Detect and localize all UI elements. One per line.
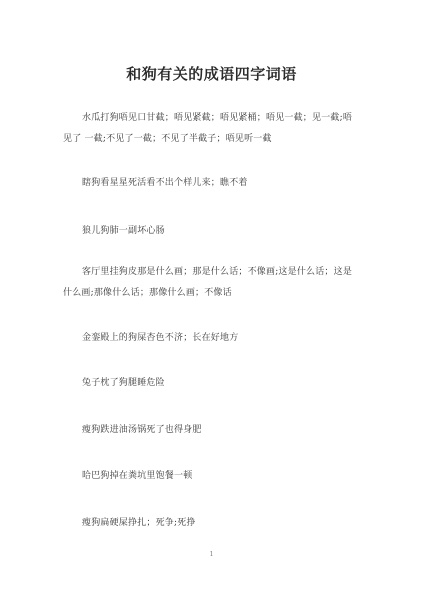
paragraph-8: 哈巴狗掉在粪坑里饱餐一顿 (63, 466, 361, 487)
document-title: 和狗有关的成语四字词语 (0, 63, 423, 84)
paragraph-9: 瘦狗扁硬屎挣扎；死争;死挣 (63, 513, 361, 534)
document-page: 和狗有关的成语四字词语 水瓜打狗唔见口甘截；唔见紧截；唔见紧桶；唔见一截；见一截… (0, 0, 423, 600)
paragraph-6: 兔子枕了狗腿睡危险 (63, 373, 361, 394)
paragraph-1: 水瓜打狗唔见口甘截；唔见紧截；唔见紧桶；唔见一截；见一截;唔见了 一截;不见了一… (63, 108, 361, 150)
paragraph-4: 客厅里挂狗皮那是什么画；那是什么话；不像画;这是什么话；这是 什么画;那像什么话… (63, 262, 361, 304)
page-number: 1 (0, 551, 423, 558)
paragraph-7: 瘦狗跌进油汤锅死了也得身肥 (63, 420, 361, 441)
paragraph-2: 瞎狗看星星死活看不出个样儿来；瞧不着 (63, 173, 361, 194)
paragraph-3: 狼儿狗肺一副坏心肠 (63, 221, 361, 242)
paragraph-5: 金銮殿上的狗屎杏色不济；长在好地方 (63, 328, 361, 349)
